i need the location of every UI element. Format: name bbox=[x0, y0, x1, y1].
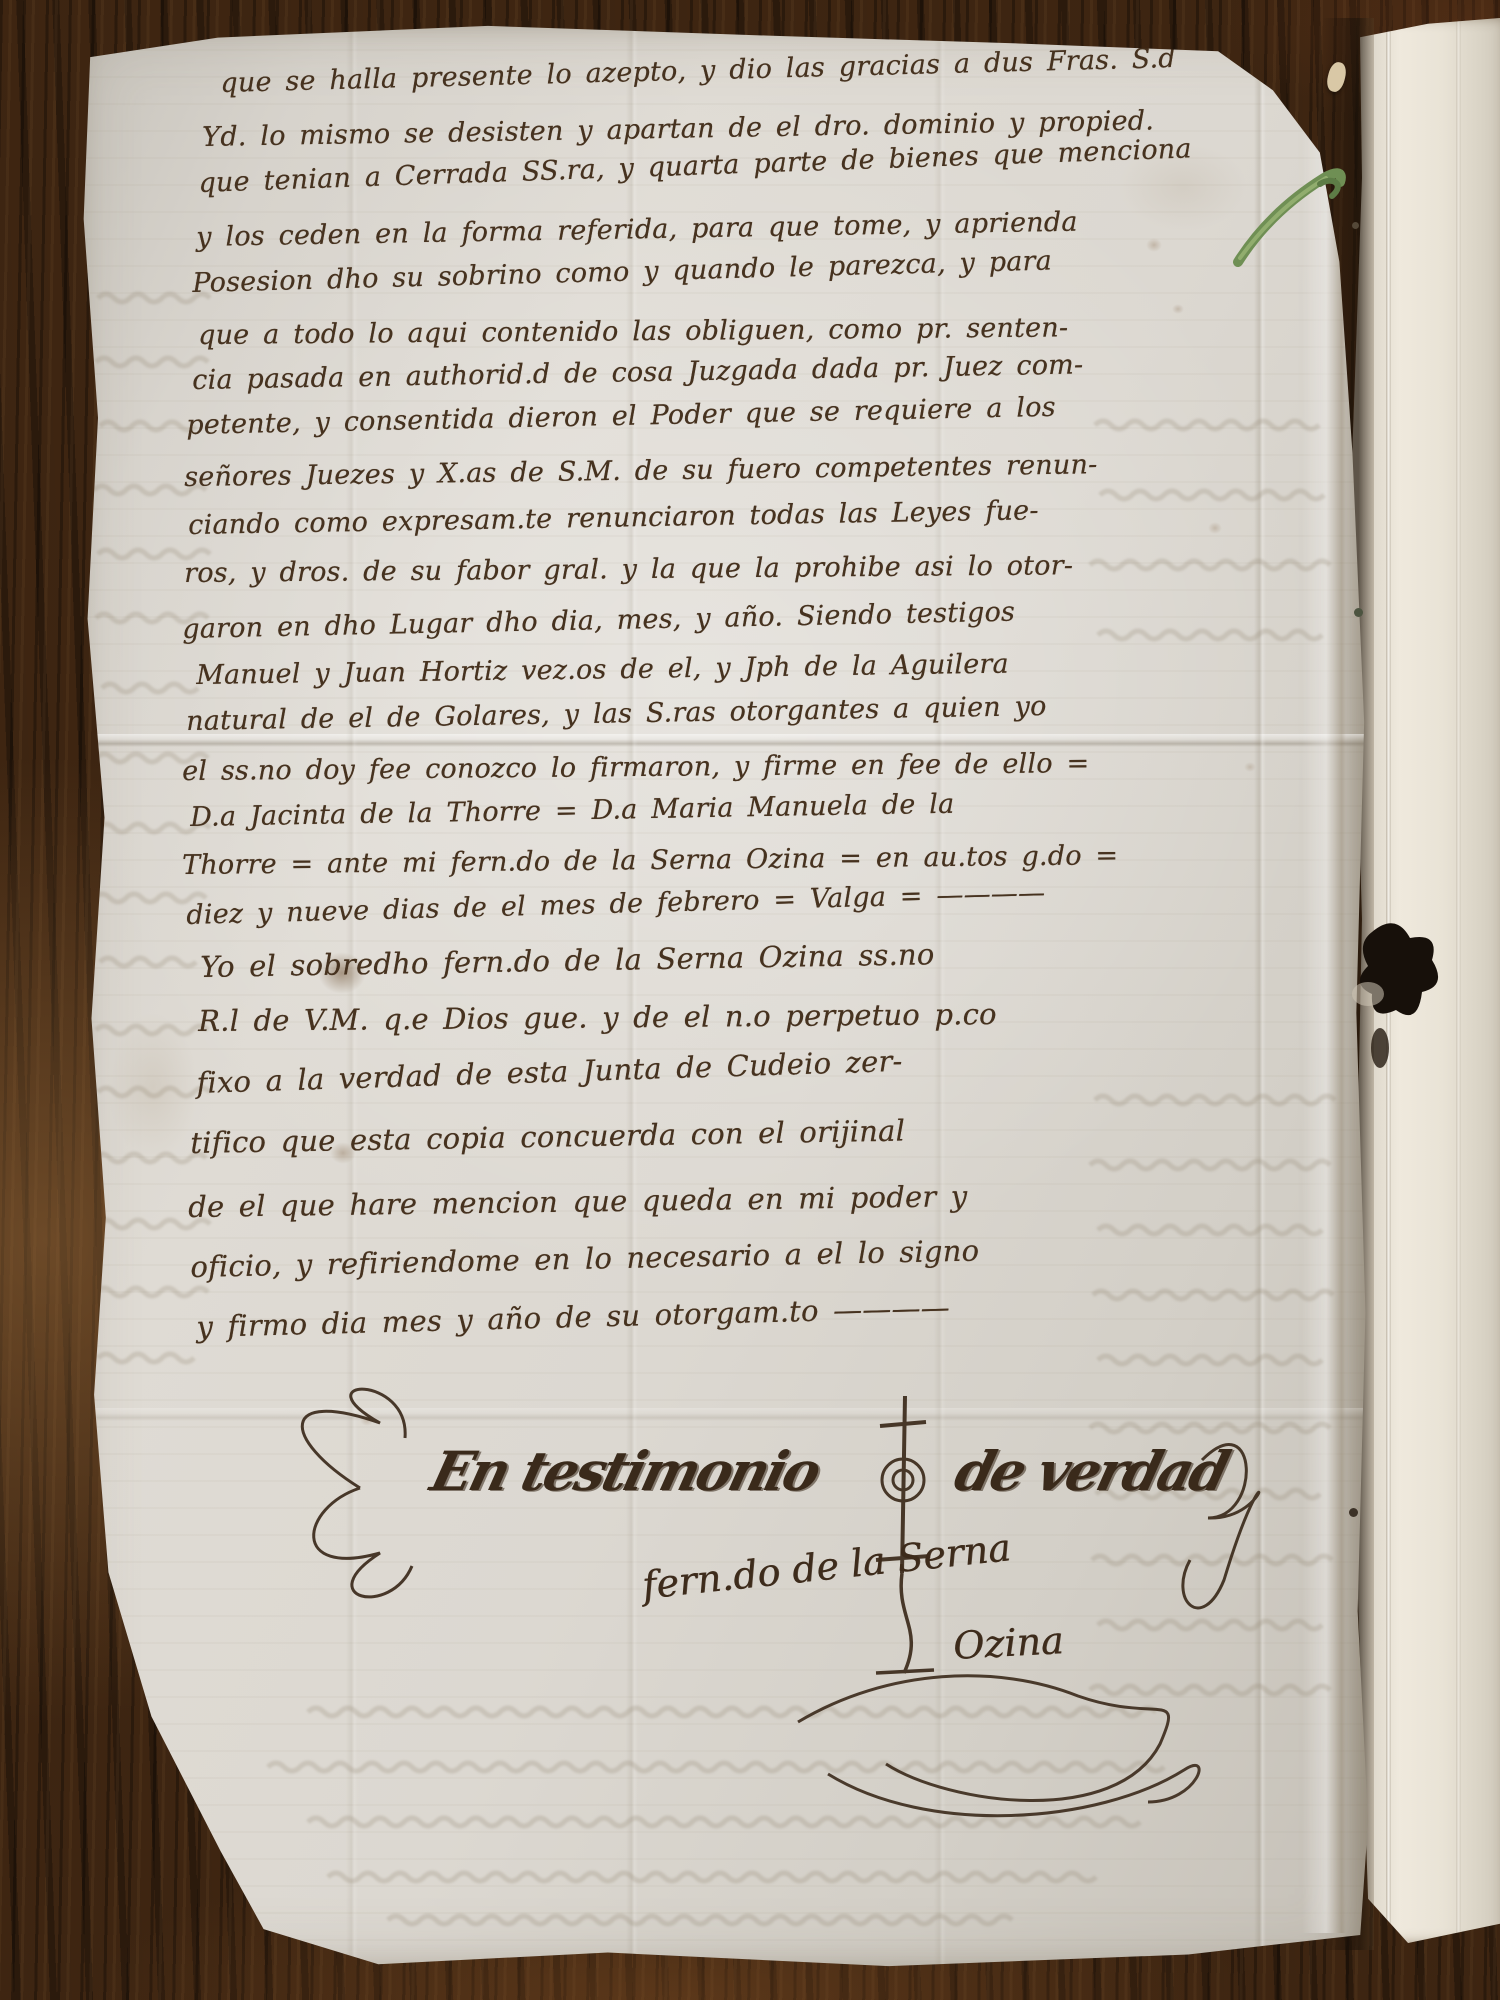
flourish-left-loop bbox=[302, 1389, 405, 1488]
bleedthrough-line bbox=[1098, 1226, 1322, 1234]
paper-stain bbox=[108, 1012, 198, 1162]
bleedthrough-line bbox=[388, 1916, 1012, 1924]
bleedthrough-line bbox=[1098, 1356, 1322, 1364]
paper-stain bbox=[1172, 304, 1184, 314]
bleedthrough-line bbox=[1100, 491, 1324, 499]
signature-rubric-flourish bbox=[768, 1652, 1248, 1832]
bleedthrough-line bbox=[1093, 1291, 1333, 1299]
fold-stitch-dot bbox=[1349, 1508, 1358, 1517]
bleedthrough-line bbox=[1090, 561, 1330, 569]
bleedthrough-line bbox=[328, 1873, 1096, 1881]
binding-thread-hole bbox=[1338, 898, 1448, 1083]
fold-stitch-dot bbox=[1352, 222, 1359, 229]
bleedthrough-line bbox=[100, 422, 196, 430]
bleedthrough-line bbox=[1098, 631, 1322, 639]
bleedthrough-line bbox=[98, 550, 210, 558]
attestation-calligraphy: En testimonio En testimonio de verdad de… bbox=[423, 1440, 1238, 1504]
fold-stitch-dot bbox=[1354, 608, 1363, 617]
back-page-crease bbox=[1456, 18, 1461, 1943]
manuscript-page: que se halla presente lo azepto, y dio l… bbox=[68, 22, 1372, 1972]
bleedthrough-line bbox=[100, 958, 196, 966]
green-thread bbox=[1228, 158, 1358, 278]
flourish-left-loop bbox=[314, 1488, 412, 1597]
manuscript-text-line: R.l de V.M. q.e Dios gue. y de el n.o pe… bbox=[198, 997, 997, 1038]
bleedthrough-line bbox=[102, 684, 198, 692]
bleedthrough-line bbox=[98, 1354, 194, 1362]
paper-stain bbox=[1244, 762, 1256, 772]
paper-stain bbox=[1146, 238, 1162, 252]
bleedthrough-line bbox=[1095, 1096, 1335, 1104]
bleedthrough-line bbox=[1090, 1161, 1330, 1169]
attestation-left-text-echo: En testimonio bbox=[425, 1441, 828, 1504]
photo-scene: que se halla presente lo azepto, y dio l… bbox=[0, 0, 1500, 2000]
paper-stain bbox=[1208, 522, 1222, 534]
attestation-right-text-echo: de verdad bbox=[951, 1441, 1238, 1504]
bleedthrough-line bbox=[1095, 421, 1319, 429]
bleedthrough-line bbox=[96, 1288, 208, 1296]
